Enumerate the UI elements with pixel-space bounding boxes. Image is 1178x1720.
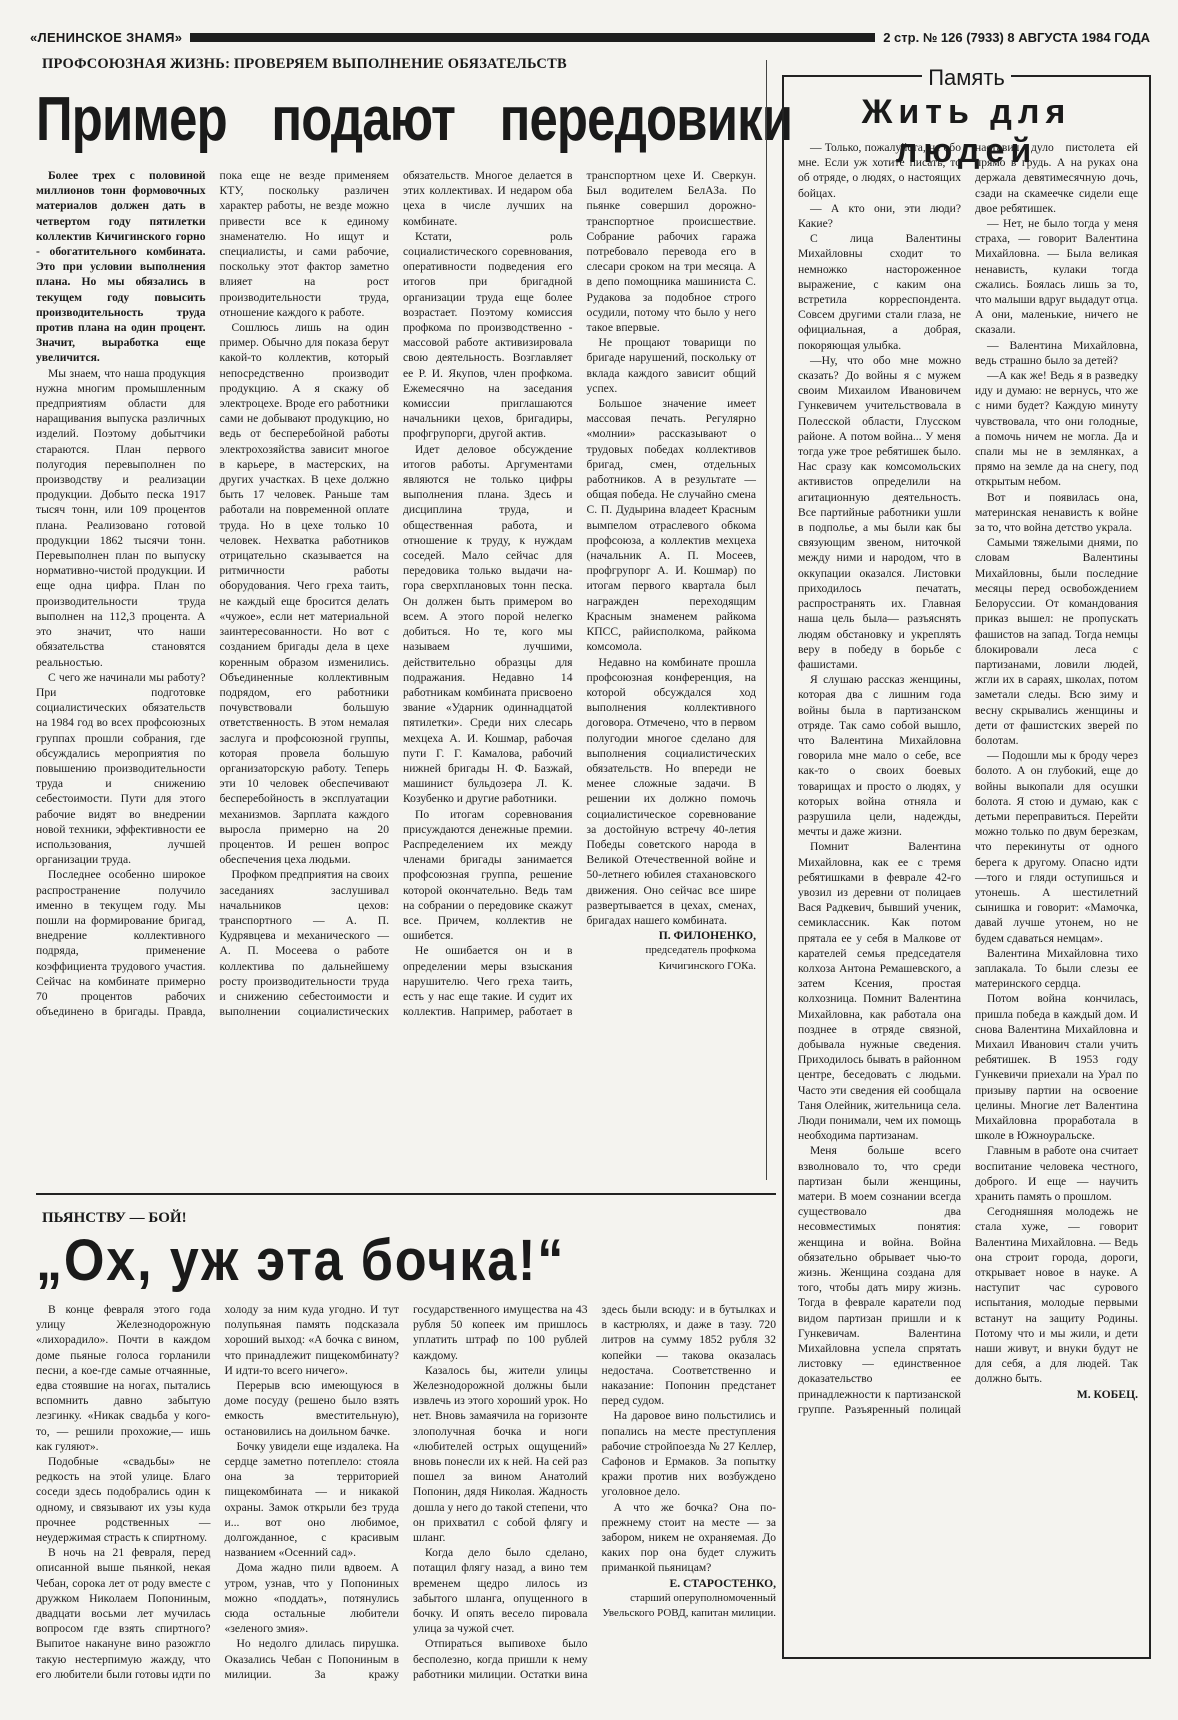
paragraph: Идет деловое обсуждение итогов работы. А… bbox=[403, 442, 573, 807]
paragraph: На даровое вино польстились и попались н… bbox=[602, 1408, 777, 1499]
author-signature: Е. СТАРОСТЕНКО, bbox=[602, 1576, 777, 1591]
issue-info: 2 стр. № 126 (7933) 8 АВГУСТА 1984 ГОДА bbox=[883, 30, 1150, 45]
paragraph: С лица Валентины Михайловны сходит то не… bbox=[798, 231, 961, 353]
paragraph: С чего же начинали мы работу? При подгот… bbox=[36, 670, 206, 868]
paragraph: По итогам соревнования присуждаются дене… bbox=[403, 807, 573, 944]
paragraph: Сегодняшняя молодежь не стала хуже, — го… bbox=[975, 1204, 1138, 1386]
paragraph: Бочку увидели еще издалека. На сердце за… bbox=[225, 1439, 400, 1561]
article-barrel-rubric: ПЬЯНСТВУ — БОЙ! bbox=[42, 1210, 187, 1227]
paragraph: — Только, пожалуйста, не обо мне. Если у… bbox=[798, 140, 961, 201]
paragraph: Не прощают товарищи по бригаде нарушений… bbox=[587, 335, 757, 396]
article-memory-body: — Только, пожалуйста, не обо мне. Если у… bbox=[798, 140, 1138, 1640]
paragraph: Кстати, роль социалистического соревнова… bbox=[403, 229, 573, 442]
paragraph: Перерыв всю имеющуюся в доме посуду (реш… bbox=[225, 1378, 400, 1439]
section-divider bbox=[36, 1193, 776, 1195]
paragraph: Недавно на комбинате прошла профсоюзная … bbox=[587, 655, 757, 929]
paragraph: — Нет, не было тогда у меня страха, — го… bbox=[975, 216, 1138, 338]
paragraph: Вот и появилась она, материнская ненавис… bbox=[975, 490, 1138, 536]
author-signature: П. ФИЛОНЕНКО, bbox=[587, 928, 757, 943]
paragraph: —Ну, что обо мне можно сказать? До войны… bbox=[798, 353, 961, 672]
article-main-body: Более трех с половиной миллионов тонн фо… bbox=[36, 168, 756, 1178]
paragraph: В конце февраля этого года улицу Железно… bbox=[36, 1302, 211, 1454]
paragraph: Я слушаю рассказ женщины, которая два с … bbox=[798, 672, 961, 839]
paragraph: Казалось бы, жители улицы Железнодорожно… bbox=[413, 1363, 588, 1545]
paragraph: Когда дело было сделано, потащил флягу н… bbox=[413, 1545, 588, 1636]
paragraph: — Подошли мы к броду через болото. А он … bbox=[975, 748, 1138, 946]
paragraph: Дома жадно пили вдвоем. А утром, узнав, … bbox=[225, 1560, 400, 1636]
article-barrel-body: В конце февраля этого года улицу Железно… bbox=[36, 1302, 776, 1712]
masthead-rule bbox=[190, 33, 875, 42]
column-divider bbox=[766, 60, 767, 1180]
paragraph: А что же бочка? Она по-прежнему стоит на… bbox=[602, 1500, 777, 1576]
author-role: старший оперуполномоченный Увельского РО… bbox=[602, 1591, 777, 1621]
paragraph: Более трех с половиной миллионов тонн фо… bbox=[36, 168, 206, 366]
newspaper-name: «ЛЕНИНСКОЕ ЗНАМЯ» bbox=[30, 30, 182, 45]
memory-rubric: Память bbox=[784, 65, 1149, 91]
article-main-headline: Пример подают передовики bbox=[36, 85, 626, 155]
paragraph: —А как же! Ведь я в разведку иду и думаю… bbox=[975, 368, 1138, 490]
paragraph: Подобные «свадьбы» не редкость на этой у… bbox=[36, 1454, 211, 1545]
paragraph: Самыми тяжелыми днями, по словам Валенти… bbox=[975, 535, 1138, 748]
paragraph: — А кто они, эти люди? Какие? bbox=[798, 201, 961, 231]
masthead: «ЛЕНИНСКОЕ ЗНАМЯ» 2 стр. № 126 (7933) 8 … bbox=[30, 28, 1150, 46]
article-main-rubric: ПРОФСОЮЗНАЯ ЖИЗНЬ: ПРОВЕРЯЕМ ВЫПОЛНЕНИЕ … bbox=[42, 56, 567, 73]
paragraph: Валентина Михайловна тихо заплакала. То … bbox=[975, 946, 1138, 992]
paragraph: Главным в работе она считает воспитание … bbox=[975, 1143, 1138, 1204]
paragraph: — Валентина Михайловна, ведь страшно был… bbox=[975, 338, 1138, 368]
paragraph: Потом война кончилась, пришла победа в к… bbox=[975, 991, 1138, 1143]
paragraph: Мы знаем, что наша продукция нужна многи… bbox=[36, 366, 206, 670]
article-barrel-headline: „Ох, уж эта бочка!“ bbox=[36, 1226, 565, 1296]
paragraph: Большое значение имеет массовая печать. … bbox=[587, 396, 757, 654]
paragraph: Сошлюсь лишь на один пример. Обычно для … bbox=[220, 320, 390, 867]
author-role: председатель профкома Кичигинского ГОКа. bbox=[587, 943, 757, 973]
paragraph: Помнит Валентина Михайловна, как ее с тр… bbox=[798, 839, 961, 1143]
author-signature: М. КОБЕЦ. bbox=[975, 1387, 1138, 1402]
